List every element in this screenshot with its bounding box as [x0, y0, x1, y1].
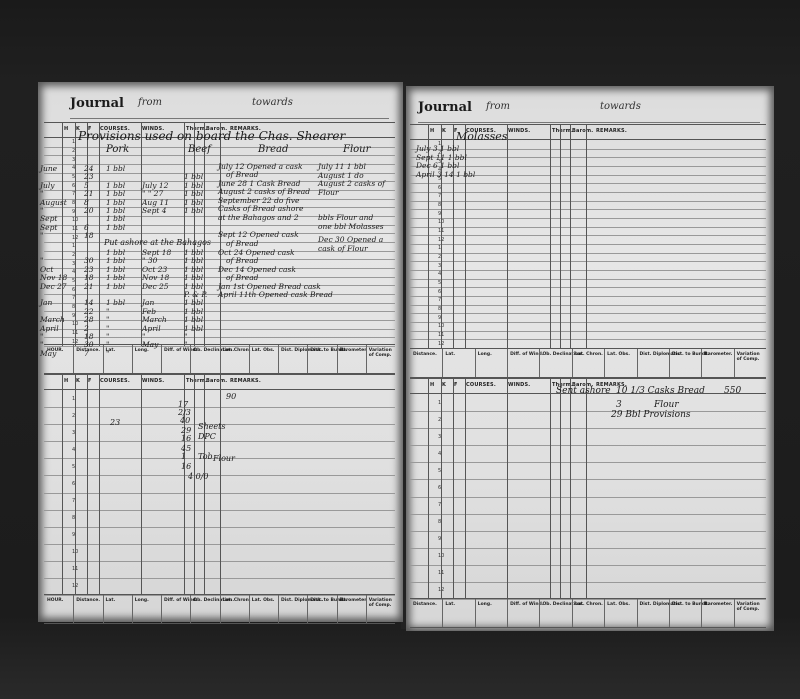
column-rule: [560, 378, 561, 599]
footer-label: Distance.: [76, 598, 100, 603]
left-title-line: Journal from towards: [70, 96, 389, 119]
left-page: Journal from towards HKFCOURSES.WINDS.Th…: [38, 82, 403, 622]
ruled-line: [410, 244, 766, 245]
flour-note: bbls Flour and: [318, 213, 373, 222]
column-header: Barom.: [206, 378, 227, 384]
entry-date: Sept 4: [142, 206, 167, 215]
footer-rule: [475, 349, 476, 377]
lower-scribble: 4 0/0: [188, 472, 209, 481]
column-header: WINDS.: [142, 378, 164, 384]
footer-label: Lat. Obs.: [607, 602, 630, 607]
footer-rule: [572, 349, 573, 377]
footer-rule: [103, 345, 104, 373]
column-header: H: [430, 382, 434, 388]
column-header: K: [442, 382, 446, 388]
entry-pork: 1 bbl: [106, 164, 125, 173]
entry-pork: ": [106, 349, 109, 358]
footer-rule: [220, 345, 221, 373]
ruled-line: [410, 253, 766, 254]
footer-label: Variation of Comp.: [737, 602, 766, 612]
footer-label: Lat. Obs.: [252, 598, 275, 603]
column-header: REMARKS.: [230, 378, 261, 384]
right-title-line: Journal from towards: [418, 100, 760, 123]
footer-label: Distance.: [413, 352, 437, 357]
bread-note: Casks of Bread ashore: [218, 204, 303, 213]
column-rule: [62, 122, 63, 346]
footer-label: Barometer.: [340, 598, 368, 603]
column-rule: [465, 378, 466, 599]
footer-label: Long.: [478, 352, 492, 357]
towards-label: towards: [600, 101, 641, 112]
footer-rule: [220, 595, 221, 623]
column-rule: [550, 378, 551, 599]
footer-label: Lat.: [445, 352, 455, 357]
footer-rule: [734, 599, 735, 627]
entry-month: Jan: [40, 298, 52, 307]
column-rule: [87, 374, 88, 595]
footer-rule: [278, 345, 279, 373]
bread-note: of Bread: [226, 239, 258, 248]
beef-heading: Beef: [188, 144, 211, 155]
ruled-line: [410, 445, 766, 446]
column-rule: [62, 374, 63, 595]
column-rule: [75, 122, 76, 346]
bread-note: at the Bahagos and 2: [218, 213, 299, 222]
right-bottom-footer: Distance.Lat.Long.Diff. of Wind.Ob. Decl…: [410, 598, 766, 628]
footer-rule: [366, 595, 367, 623]
footer-rule: [249, 595, 250, 623]
column-rule: [507, 378, 508, 599]
sent-ashore-note: Sent ashore: [556, 386, 611, 396]
footer-label: Lat. Chron.: [223, 348, 251, 353]
bread-note: April 11th Opened cask Bread: [218, 290, 333, 299]
bread-heading: Bread: [258, 144, 288, 155]
footer-rule: [190, 595, 191, 623]
flour-heading: Flour: [343, 144, 370, 155]
ruled-line: [410, 166, 766, 167]
flour-note: one bbl Molasses: [318, 222, 384, 231]
column-header: H: [64, 378, 68, 384]
ruled-line: [410, 514, 766, 515]
footer-rule: [103, 595, 104, 623]
from-label: from: [486, 101, 510, 112]
footer-label: HOUR.: [47, 598, 64, 603]
column-header: K: [76, 378, 80, 384]
footer-label: Variation of Comp.: [369, 598, 395, 608]
ruled-line: [410, 261, 766, 262]
lower-scribble: DPC: [198, 432, 216, 441]
column-header: F: [88, 378, 92, 384]
column-header: COURSES.: [466, 382, 496, 388]
ruled-line: [410, 235, 766, 236]
sent-ashore-note: 3: [616, 400, 622, 410]
footer-rule: [539, 599, 540, 627]
entry-beef: ": [184, 340, 187, 349]
from-label: from: [138, 97, 162, 108]
column-rule: [75, 374, 76, 595]
column-header: WINDS.: [508, 382, 530, 388]
flour-note: Flour: [318, 188, 339, 197]
column-header: WINDS.: [508, 128, 530, 134]
footer-rule: [442, 599, 443, 627]
footer-rule: [669, 349, 670, 377]
ruled-line: [410, 331, 766, 332]
lower-scribble: 23: [110, 418, 120, 427]
entry-day: 21: [84, 282, 94, 291]
lower-scribble: 16: [181, 434, 191, 443]
ruled-line: [410, 218, 766, 219]
footer-rule: [307, 345, 308, 373]
lower-scribble: 1: [181, 452, 186, 461]
entry-pork: 1 bbl: [106, 223, 125, 232]
left-bottom-footer: HOUR.Distance.Lat.Long.Diff. of Wind.Ob.…: [44, 594, 395, 624]
ruled-line: [410, 411, 766, 412]
footer-rule: [161, 345, 162, 373]
footer-label: Lat. Chron.: [575, 352, 603, 357]
entry-month: June: [40, 164, 57, 173]
footer-rule: [507, 349, 508, 377]
entry-day: 18: [84, 231, 94, 240]
flour-note: Dec 30 Opened a: [318, 235, 383, 244]
voyage-note: Put ashore at the Bahagos: [104, 238, 211, 247]
column-header: REMARKS.: [596, 128, 627, 134]
footer-rule: [507, 599, 508, 627]
ruled-line: [410, 313, 766, 314]
footer-label: Lat. Chron.: [223, 598, 251, 603]
footer-label: Variation of Comp.: [737, 352, 766, 362]
footer-label: Lat. Obs.: [607, 352, 630, 357]
ruled-line: [410, 565, 766, 566]
footer-label: Barometer.: [704, 602, 732, 607]
journal-heading: Journal: [418, 100, 472, 115]
lower-scribble: 90: [226, 392, 236, 401]
flour-note: cask of Flour: [318, 244, 368, 253]
left-lower-rows: 123456789101112: [44, 390, 395, 595]
footer-label: Long.: [135, 598, 149, 603]
pork-heading: Pork: [106, 144, 129, 155]
footer-label: Distance.: [413, 602, 437, 607]
ruled-line: [410, 279, 766, 280]
ruled-line: [410, 183, 766, 184]
lower-scribble: Sheets: [198, 422, 225, 431]
column-header: K: [442, 128, 446, 134]
entry-day: 20: [84, 206, 94, 215]
ruled-line: [410, 497, 766, 498]
bread-note: of Bread: [226, 170, 258, 179]
column-rule: [204, 374, 205, 595]
footer-rule: [73, 595, 74, 623]
molasses-heading: Molasses: [456, 130, 507, 143]
left-lower-section: HKFCOURSES.WINDS.Therm.Barom.REMARKS. 12…: [44, 374, 395, 594]
footer-label: Barometer.: [704, 352, 732, 357]
sent-ashore-note: 29 Bbl Provisions: [611, 410, 691, 420]
footer-label: Lat. Obs.: [252, 348, 275, 353]
sent-ashore-note: Flour: [654, 400, 679, 410]
footer-rule: [539, 349, 540, 377]
lower-scribble: 40: [180, 416, 190, 425]
sent-ashore-note: 10 1/3 Casks Bread: [616, 386, 705, 396]
lower-scribble: Tob: [198, 452, 213, 461]
footer-rule: [366, 345, 367, 373]
column-rule: [570, 378, 571, 599]
column-rule: [586, 378, 587, 599]
column-rule: [141, 374, 142, 595]
ruled-line: [410, 149, 766, 150]
lower-scribble: 16: [181, 462, 191, 471]
ruled-line: [410, 428, 766, 429]
column-rule: [194, 374, 195, 595]
flour-note: July 11 1 bbl: [318, 162, 366, 171]
ruled-line: [410, 192, 766, 193]
bread-note: August 2 casks of Bread: [218, 187, 310, 196]
entry-day: 7: [84, 349, 89, 358]
column-rule: [453, 378, 454, 599]
column-rule: [550, 124, 551, 348]
footer-rule: [307, 595, 308, 623]
footer-rule: [73, 345, 74, 373]
ruled-line: [410, 287, 766, 288]
entry-date: Dec 25: [142, 282, 169, 291]
provisions-title: Provisions used on board the Chas. Shear…: [78, 129, 345, 143]
ruled-line: [410, 462, 766, 463]
entry-month: Dec 27: [40, 282, 67, 291]
footer-rule: [734, 349, 735, 377]
entry-beef: 1 bbl: [184, 206, 203, 215]
footer-rule: [669, 599, 670, 627]
ruled-line: [410, 296, 766, 297]
bread-note: of Bread: [226, 256, 258, 265]
left-mid-footer: HOUR.Distance.Lat.Long.Diff. of Wind.Ob.…: [44, 344, 395, 374]
footer-label: Lat.: [106, 598, 116, 603]
footer-rule: [701, 599, 702, 627]
ruled-line: [410, 479, 766, 480]
column-rule: [507, 124, 508, 348]
sent-ashore-note: 550: [724, 386, 741, 396]
footer-rule: [442, 349, 443, 377]
footer-rule: [475, 599, 476, 627]
right-page: Journal from towards HKFCOURSES.WINDS.Th…: [406, 86, 774, 631]
entry-month: May: [40, 349, 56, 358]
ruled-line: [410, 548, 766, 549]
column-rule: [204, 122, 205, 346]
column-rule: [441, 378, 442, 599]
ruled-line: [410, 227, 766, 228]
footer-rule: [337, 595, 338, 623]
column-rule: [99, 122, 100, 346]
footer-label: Lat.: [445, 602, 455, 607]
ruled-line: [410, 305, 766, 306]
journal-heading: Journal: [70, 96, 124, 111]
ruled-line: [410, 582, 766, 583]
footer-rule: [190, 345, 191, 373]
ruled-line: [410, 339, 766, 340]
right-mid-footer: Distance.Lat.Long.Diff. of Wind.Ob. Decl…: [410, 348, 766, 378]
footer-rule: [637, 349, 638, 377]
column-rule: [220, 374, 221, 595]
entry-pork: 1 bbl: [106, 282, 125, 291]
ruled-line: [410, 209, 766, 210]
column-rule: [570, 124, 571, 348]
footer-rule: [604, 349, 605, 377]
column-header: H: [430, 128, 434, 134]
footer-rule: [278, 595, 279, 623]
right-lower-section: HKFCOURSES.WINDS.Therm.Barom.REMARKS. 12…: [410, 378, 766, 598]
footer-rule: [604, 599, 605, 627]
entry-month: ": [40, 231, 43, 240]
column-rule: [428, 378, 429, 599]
footer-label: Barometer.: [340, 348, 368, 353]
ruled-line: [410, 322, 766, 323]
ruled-line: [410, 531, 766, 532]
bread-note: of Bread: [226, 273, 258, 282]
bread-note: Sept 12 Opened cask: [218, 230, 299, 239]
ruled-line: [410, 201, 766, 202]
footer-rule: [132, 595, 133, 623]
footer-rule: [572, 599, 573, 627]
footer-rule: [637, 599, 638, 627]
footer-rule: [701, 349, 702, 377]
footer-rule: [161, 595, 162, 623]
footer-label: Long.: [478, 602, 492, 607]
towards-label: towards: [252, 97, 293, 108]
column-header: F: [454, 382, 458, 388]
footer-rule: [337, 345, 338, 373]
lower-scribble: Flour: [213, 454, 235, 463]
footer-rule: [132, 345, 133, 373]
right-lower-rows: 123456789101112: [410, 394, 766, 599]
column-header: Barom.: [572, 128, 593, 134]
ruled-line: [410, 270, 766, 271]
column-rule: [586, 124, 587, 348]
molasses-entry: April 3 14 1 bbl: [416, 170, 475, 179]
footer-rule: [249, 345, 250, 373]
entry-month: August: [40, 198, 67, 207]
column-header: H: [64, 126, 68, 132]
column-rule: [99, 374, 100, 595]
footer-label: Lat. Chron.: [575, 602, 603, 607]
column-header: COURSES.: [100, 378, 130, 384]
column-rule: [560, 124, 561, 348]
entry-date: May: [142, 340, 158, 349]
footer-label: Variation of Comp.: [369, 348, 395, 358]
flour-note: August 2 casks of: [318, 179, 385, 188]
